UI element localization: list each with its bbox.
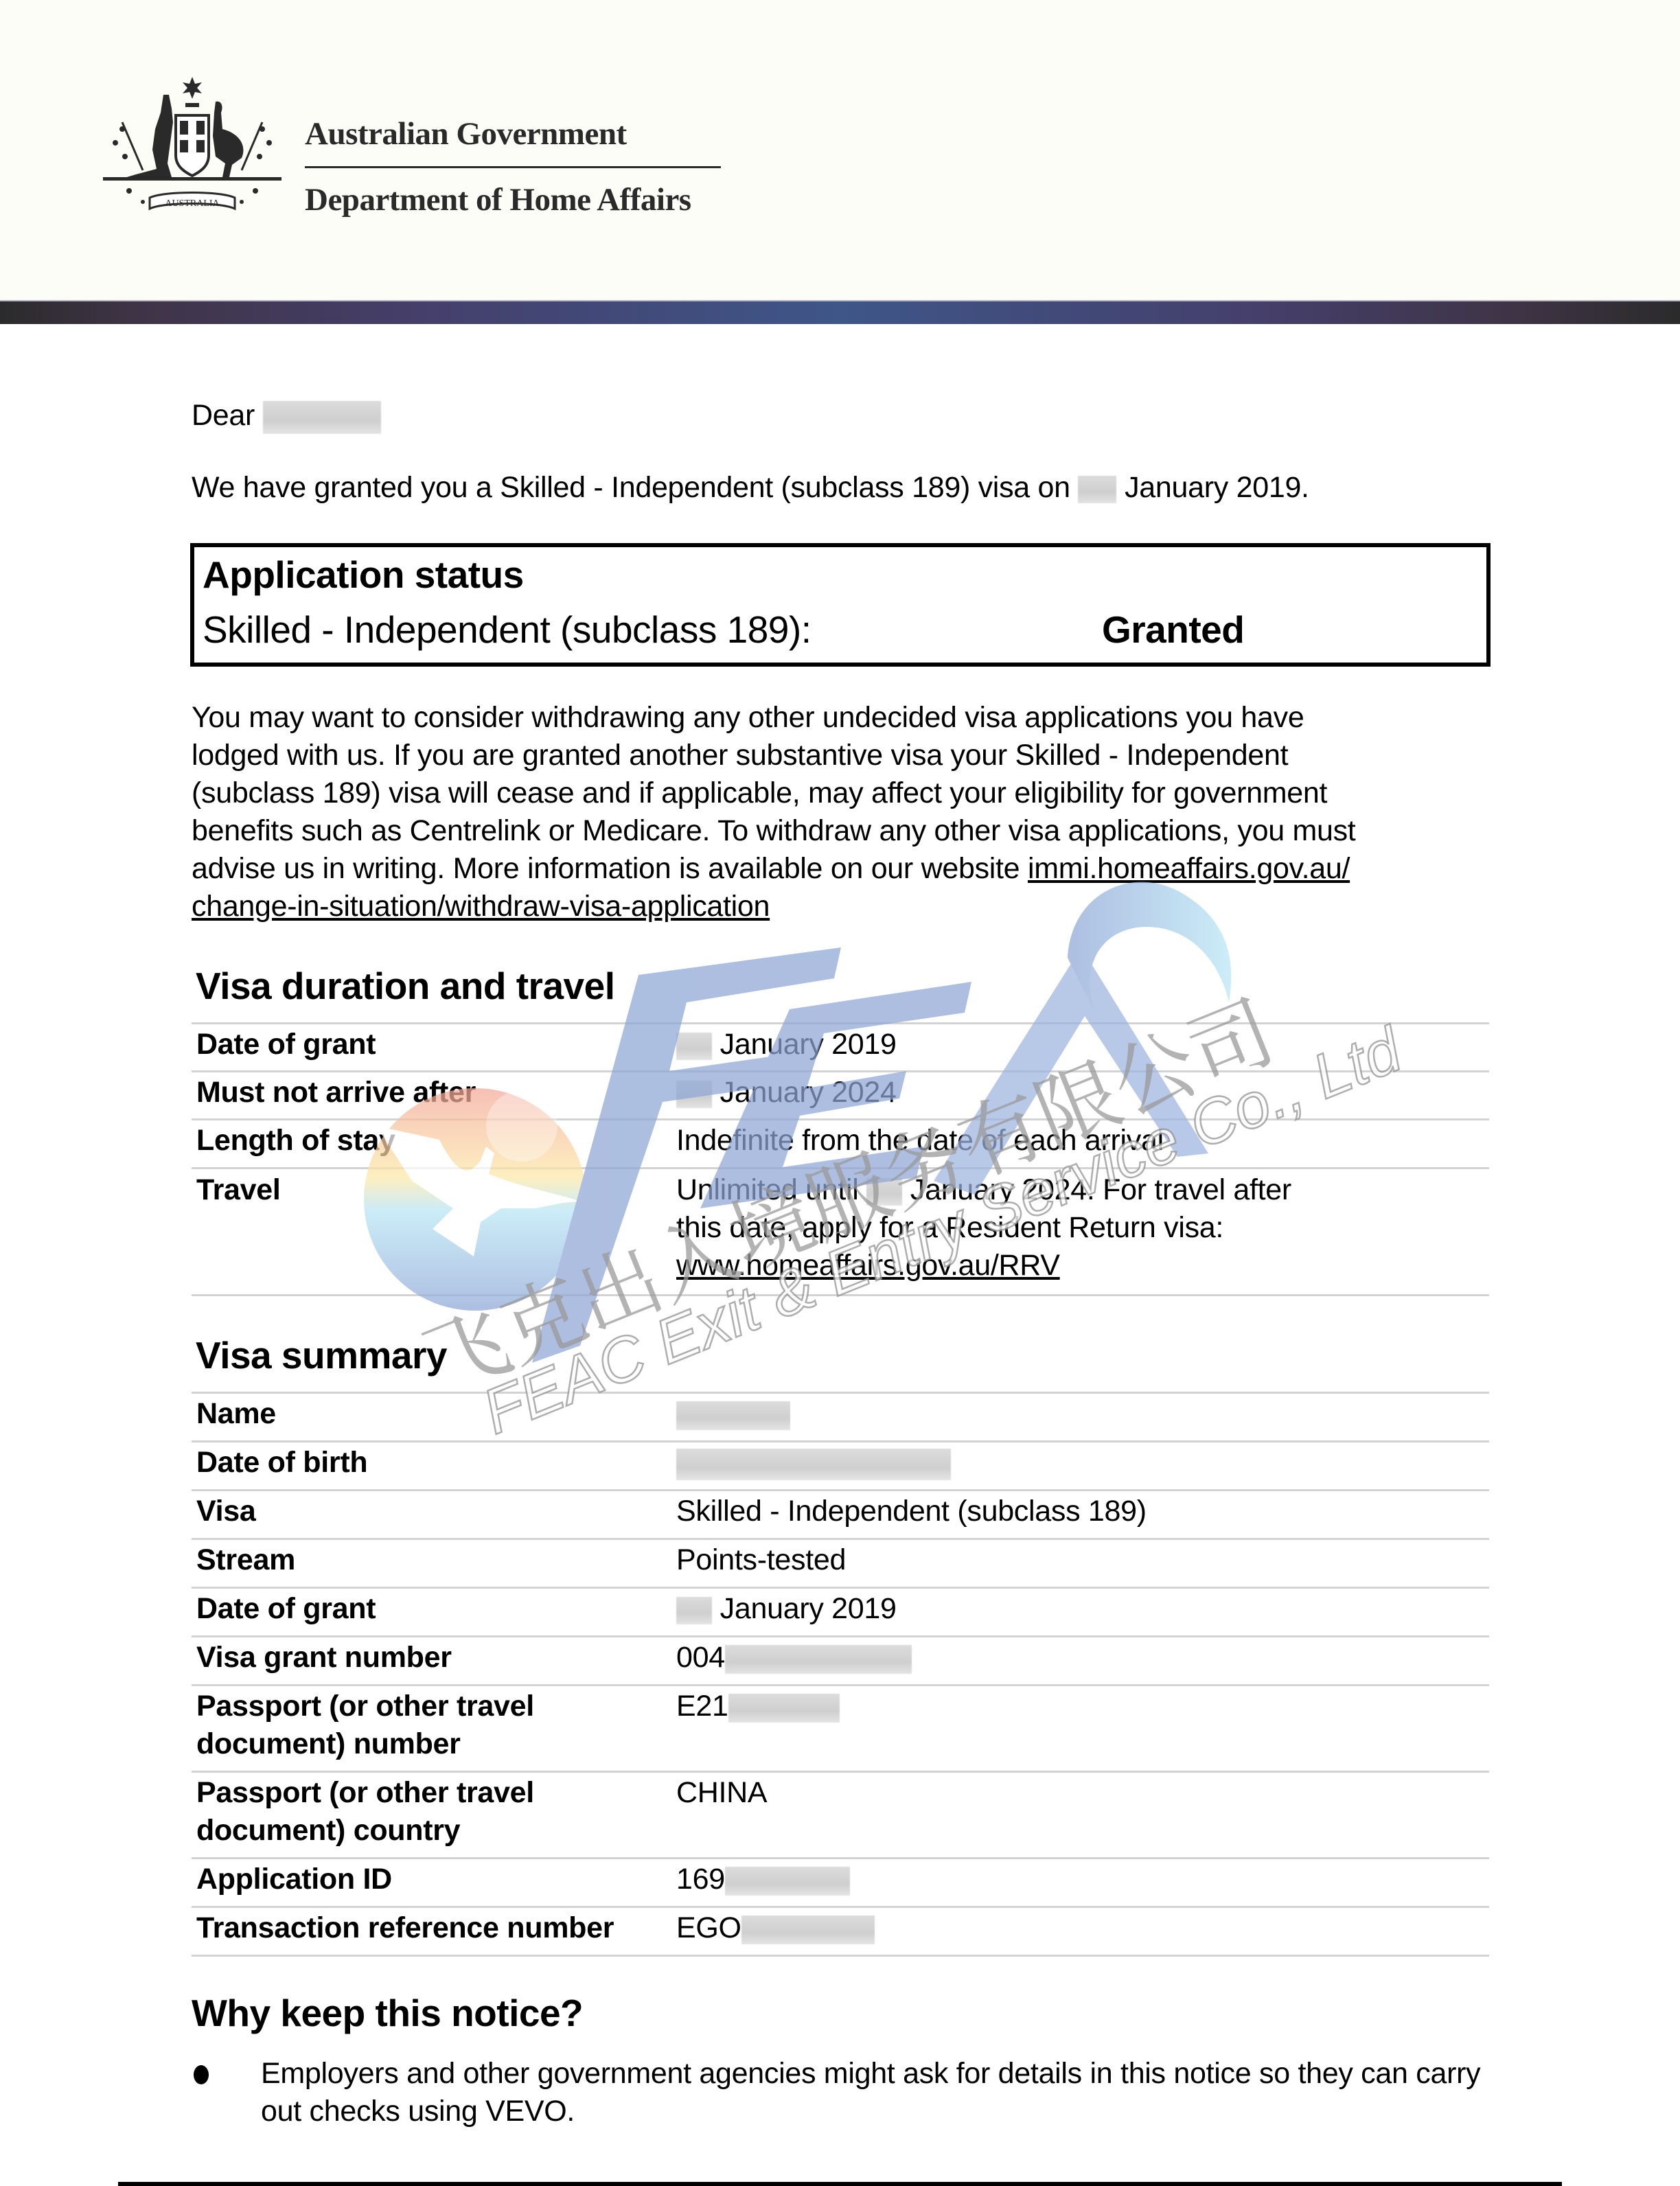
application-status-box: Application status Skilled - Independent… bbox=[190, 543, 1491, 667]
summary-value bbox=[676, 1395, 790, 1433]
summary-label: Date of grant bbox=[196, 1590, 670, 1628]
summary-label: Passport (or other travel document) coun… bbox=[196, 1774, 608, 1850]
value-text: January 2019 bbox=[720, 1028, 897, 1061]
divider bbox=[192, 1070, 1489, 1072]
divider bbox=[192, 1955, 1489, 1957]
withdraw-line: You may want to consider withdrawing any… bbox=[192, 699, 1496, 737]
divider bbox=[192, 1684, 1489, 1686]
summary-label: Passport (or other travel document) numb… bbox=[196, 1688, 608, 1763]
grant-sentence: We have granted you a Skilled - Independ… bbox=[192, 469, 1309, 507]
divider bbox=[192, 1489, 1489, 1491]
why-keep-title: Why keep this notice? bbox=[192, 1991, 583, 2035]
australian-coat-of-arms-icon: AUSTRALIA bbox=[95, 74, 290, 216]
redacted-value bbox=[728, 1694, 840, 1723]
resident-return-visa-link[interactable]: www.homeaffairs.gov.au/RRV bbox=[676, 1249, 1060, 1282]
summary-value: CHINA bbox=[676, 1774, 767, 1812]
withdraw-visa-link-continued[interactable]: change-in-situation/withdraw-visa-applic… bbox=[192, 890, 770, 923]
value-text: CHINA bbox=[676, 1776, 767, 1809]
summary-value: Skilled - Independent (subclass 189) bbox=[676, 1493, 1147, 1530]
divider bbox=[192, 1167, 1489, 1169]
redacted-value bbox=[725, 1645, 912, 1674]
divider bbox=[192, 1392, 1489, 1394]
summary-label: Application ID bbox=[196, 1861, 670, 1898]
withdraw-visa-link[interactable]: immi.homeaffairs.gov.au/ bbox=[1028, 852, 1350, 885]
divider bbox=[192, 1022, 1489, 1024]
application-status-title: Application status bbox=[203, 553, 524, 597]
application-status-visa: Skilled - Independent (subclass 189): bbox=[203, 608, 811, 652]
visa-duration-title: Visa duration and travel bbox=[196, 964, 615, 1008]
divider bbox=[192, 1118, 1489, 1120]
grant-sentence-prefix: We have granted you a Skilled - Independ… bbox=[192, 471, 1070, 504]
summary-value: 004 bbox=[676, 1639, 912, 1677]
duration-value-travel: Unlimited until January 2024. For travel… bbox=[676, 1171, 1291, 1285]
value-text: Points-tested bbox=[676, 1543, 846, 1576]
grant-sentence-suffix: January 2019. bbox=[1125, 471, 1309, 504]
duration-label-date-of-grant: Date of grant bbox=[196, 1026, 376, 1063]
withdraw-line: (subclass 189) visa will cease and if ap… bbox=[192, 774, 1496, 812]
duration-label-length-of-stay: Length of stay bbox=[196, 1122, 395, 1160]
redacted-name bbox=[263, 401, 381, 434]
summary-label: Date of birth bbox=[196, 1444, 670, 1482]
why-keep-bullet: Employers and other government agencies … bbox=[261, 2055, 1483, 2130]
value-text: EGO bbox=[676, 1911, 741, 1944]
government-name: Australian Government bbox=[305, 115, 627, 152]
summary-value bbox=[676, 1444, 951, 1482]
duration-value-must-not-arrive-after: January 2024 bbox=[676, 1074, 897, 1112]
summary-value: Points-tested bbox=[676, 1541, 846, 1579]
redacted-value bbox=[676, 1401, 790, 1430]
crest-scroll-text: AUSTRALIA bbox=[165, 198, 220, 209]
duration-value-length-of-stay: Indefinite from the date of each arrival bbox=[676, 1122, 1164, 1160]
divider bbox=[192, 1771, 1489, 1773]
divider bbox=[192, 1294, 1489, 1296]
header-banner bbox=[0, 300, 1680, 324]
summary-label: Visa bbox=[196, 1493, 670, 1530]
value-text: E21 bbox=[676, 1690, 728, 1723]
value-text: January 2024. For travel after bbox=[910, 1173, 1291, 1206]
value-text: January 2024 bbox=[720, 1076, 897, 1109]
salutation: Dear bbox=[192, 397, 381, 435]
value-text: 169 bbox=[676, 1863, 725, 1896]
withdraw-line: lodged with us. If you are granted anoth… bbox=[192, 737, 1496, 774]
summary-label: Stream bbox=[196, 1541, 670, 1579]
divider bbox=[192, 1440, 1489, 1442]
duration-label-must-not-arrive-after: Must not arrive after bbox=[196, 1074, 476, 1112]
summary-value: 169 bbox=[676, 1861, 850, 1898]
duration-label-travel: Travel bbox=[196, 1171, 281, 1209]
page-bottom-rule bbox=[118, 2182, 1562, 2186]
divider bbox=[192, 1587, 1489, 1589]
withdraw-line: benefits such as Centrelink or Medicare.… bbox=[192, 812, 1496, 850]
summary-value: January 2019 bbox=[676, 1590, 897, 1628]
salutation-text: Dear bbox=[192, 399, 255, 432]
summary-value: EGO bbox=[676, 1909, 875, 1947]
divider bbox=[192, 1906, 1489, 1908]
summary-label: Name bbox=[196, 1395, 670, 1433]
redacted-value bbox=[741, 1915, 875, 1944]
summary-value: E21 bbox=[676, 1688, 840, 1725]
value-text: Skilled - Independent (subclass 189) bbox=[676, 1495, 1147, 1528]
value-text: January 2019 bbox=[720, 1592, 897, 1625]
withdraw-line: advise us in writing. More information i… bbox=[192, 850, 1496, 888]
redacted-day bbox=[676, 1033, 712, 1060]
status-badge: Granted bbox=[1102, 608, 1244, 652]
withdraw-notice: You may want to consider withdrawing any… bbox=[192, 699, 1496, 925]
value-text: 004 bbox=[676, 1641, 725, 1674]
redacted-grant-day bbox=[1078, 476, 1116, 503]
redacted-value bbox=[676, 1449, 951, 1480]
value-text: this date, apply for a Resident Return v… bbox=[676, 1209, 1291, 1247]
value-text: Unlimited until bbox=[676, 1173, 859, 1206]
visa-summary-title: Visa summary bbox=[196, 1333, 447, 1377]
redacted-value bbox=[725, 1867, 850, 1896]
summary-label: Transaction reference number bbox=[196, 1909, 670, 1947]
duration-value-date-of-grant: January 2019 bbox=[676, 1026, 897, 1063]
letterhead: AUSTRALIA Australian Government Departme… bbox=[0, 0, 1680, 300]
letterhead-divider bbox=[305, 166, 721, 168]
bullet-icon bbox=[194, 2065, 209, 2084]
withdraw-line-text: advise us in writing. More information i… bbox=[192, 852, 1028, 885]
redacted-day bbox=[676, 1081, 712, 1108]
summary-label: Visa grant number bbox=[196, 1639, 670, 1677]
redacted-day bbox=[676, 1597, 712, 1624]
department-name: Department of Home Affairs bbox=[305, 181, 691, 218]
divider bbox=[192, 1857, 1489, 1859]
redacted-day bbox=[866, 1178, 902, 1206]
divider bbox=[192, 1635, 1489, 1637]
divider bbox=[192, 1538, 1489, 1540]
